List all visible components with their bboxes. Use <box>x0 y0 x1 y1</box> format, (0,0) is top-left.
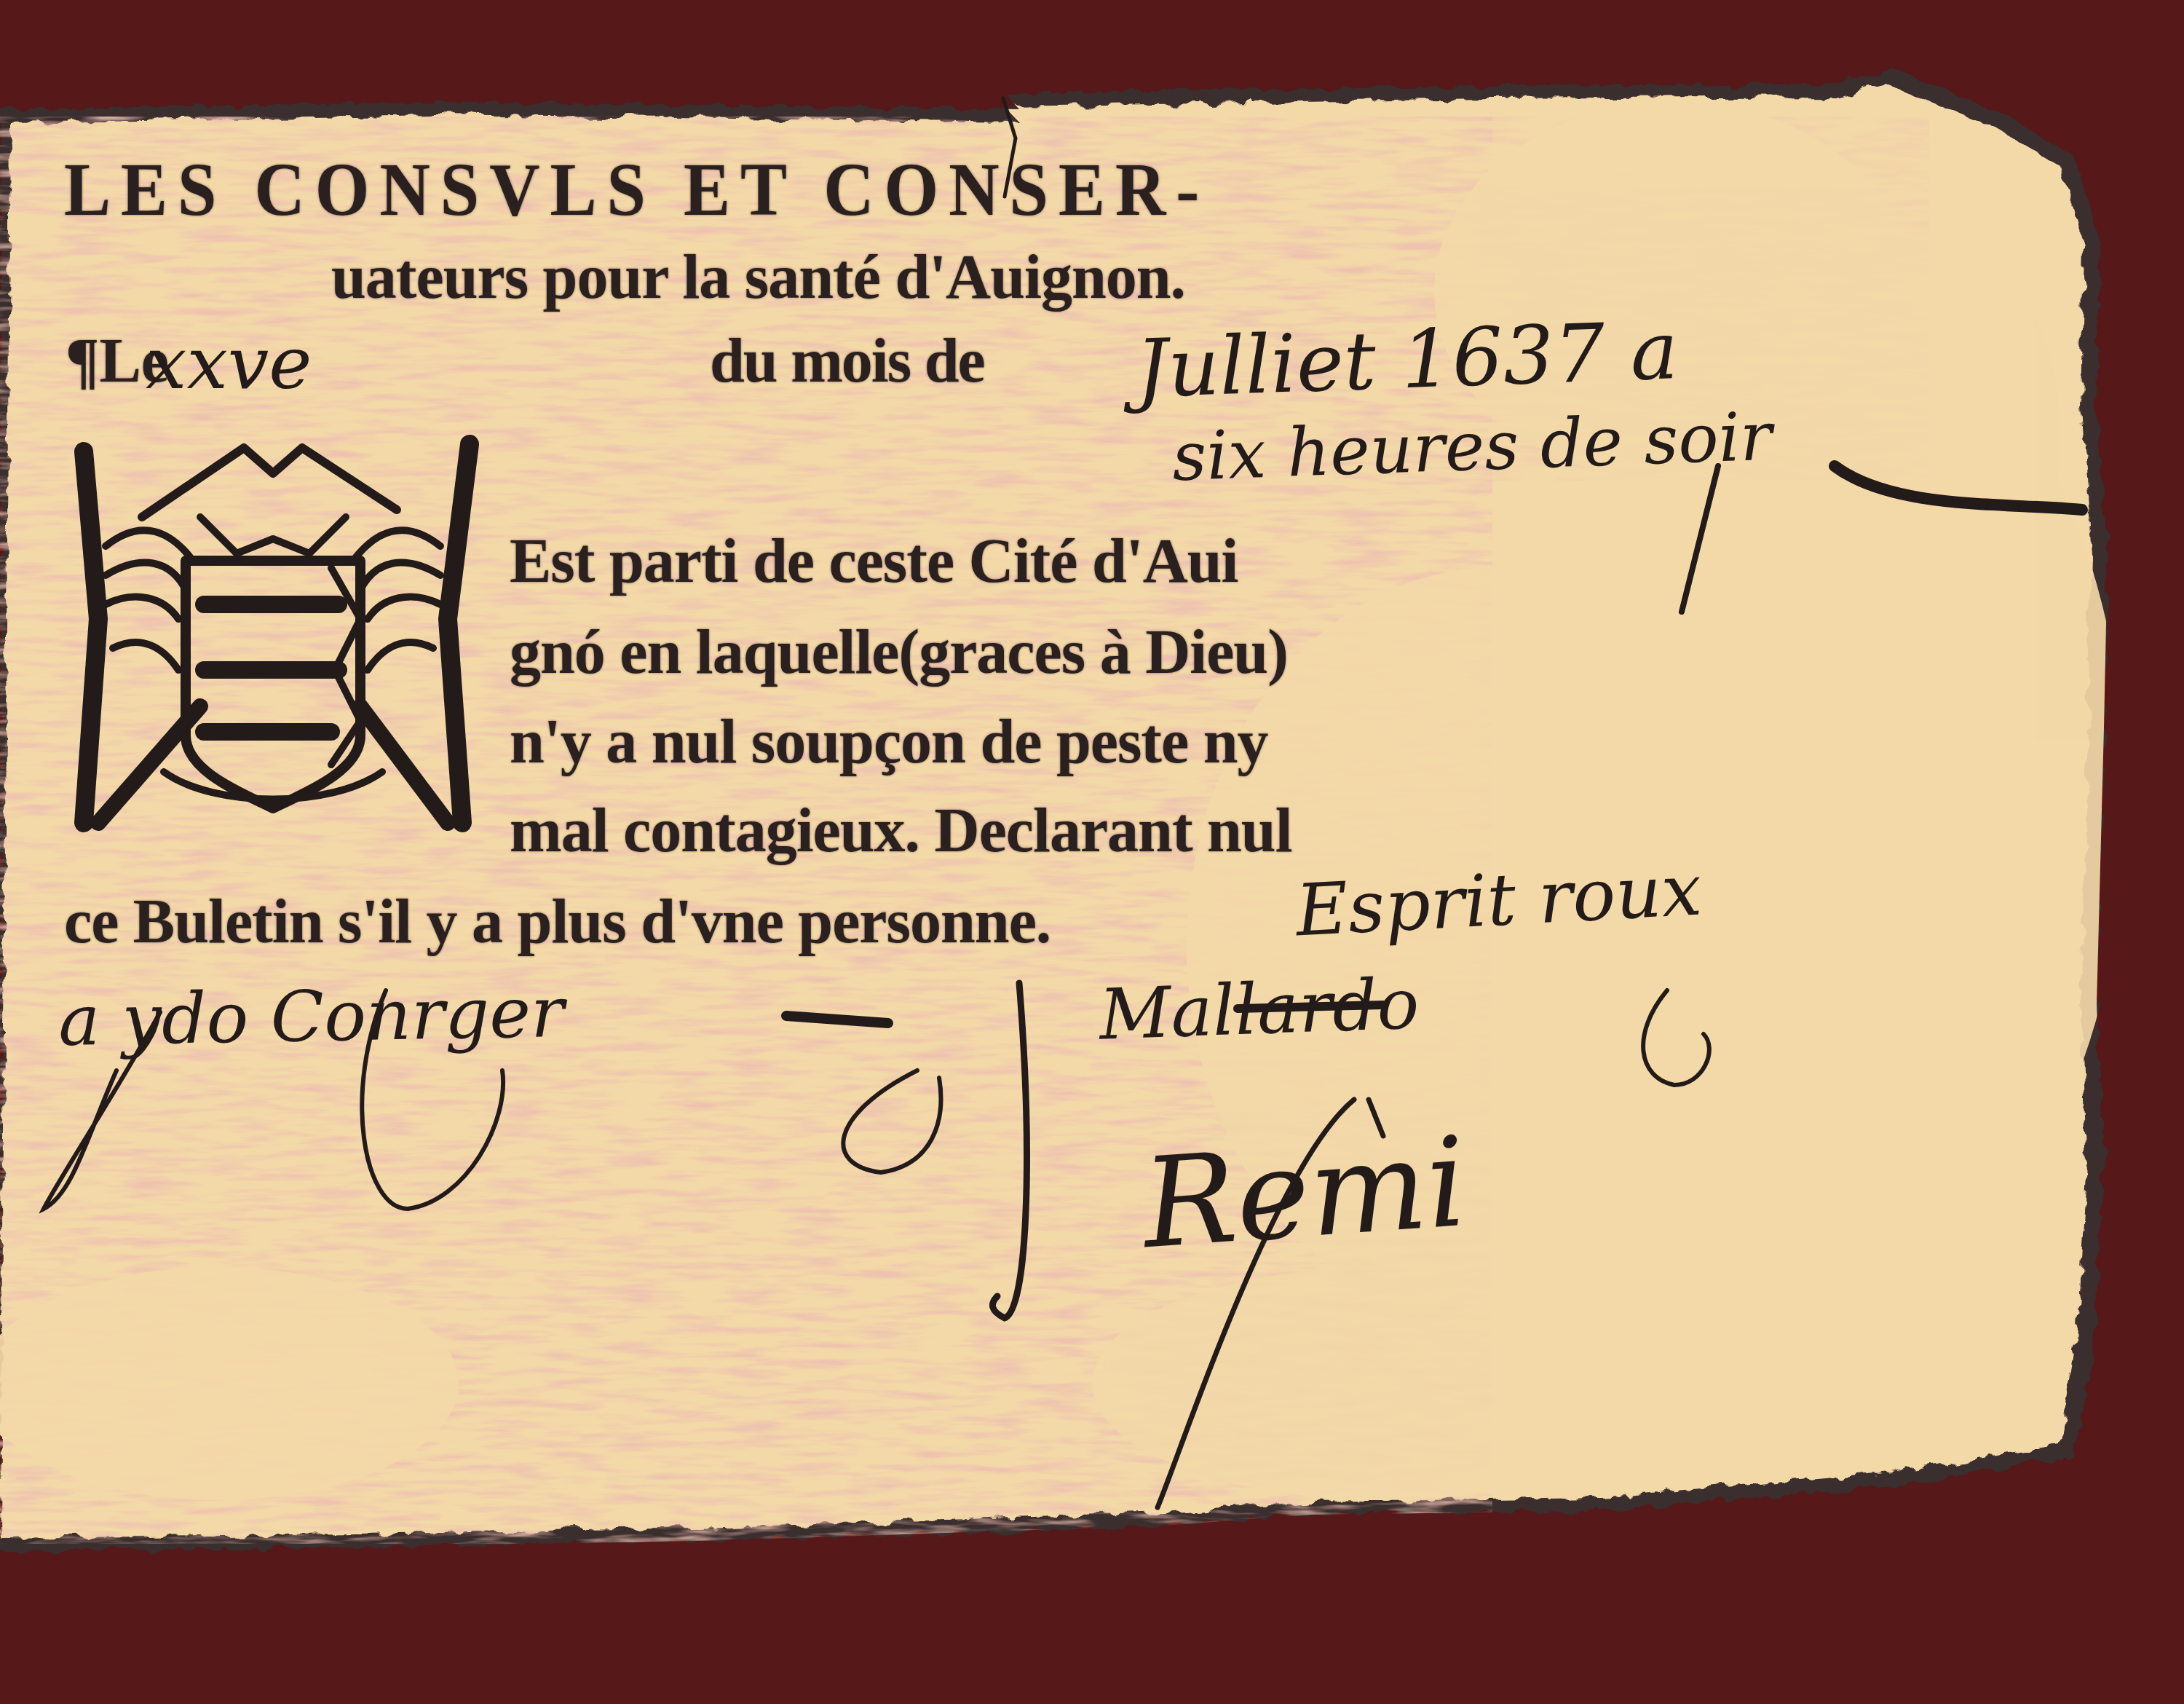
handwritten-official: Mallardo <box>1098 963 1420 1055</box>
handwritten-lodging: a ydo Conrger <box>58 971 565 1062</box>
body-line: mal contagieux. Declarant nul <box>510 794 1292 867</box>
handwritten-month-year: Julliet 1637 a <box>1134 304 1679 416</box>
body-line: n'y a nul soupçon de peste ny <box>510 705 1268 778</box>
document-title: LES CONSVLS ET CONSER- <box>64 146 1209 233</box>
handwritten-day: xxve <box>146 320 312 406</box>
body-line: ce Buletin s'il y a plus d'vne personne. <box>64 885 1051 958</box>
handwritten-signature: Remi <box>1139 1111 1471 1277</box>
date-month-label: du mois de <box>710 324 984 397</box>
coat-of-arms-icon <box>55 430 491 837</box>
body-line: gnó en laquelle(graces à Dieu) <box>510 615 1288 688</box>
document-scan: LES CONSVLS ET CONSER- uateurs pour la s… <box>0 0 2184 1704</box>
body-line: Est parti de ceste Cité d'Aui <box>510 524 1238 597</box>
document-subtitle: uateurs pour la santé d'Auignon. <box>331 240 1185 313</box>
